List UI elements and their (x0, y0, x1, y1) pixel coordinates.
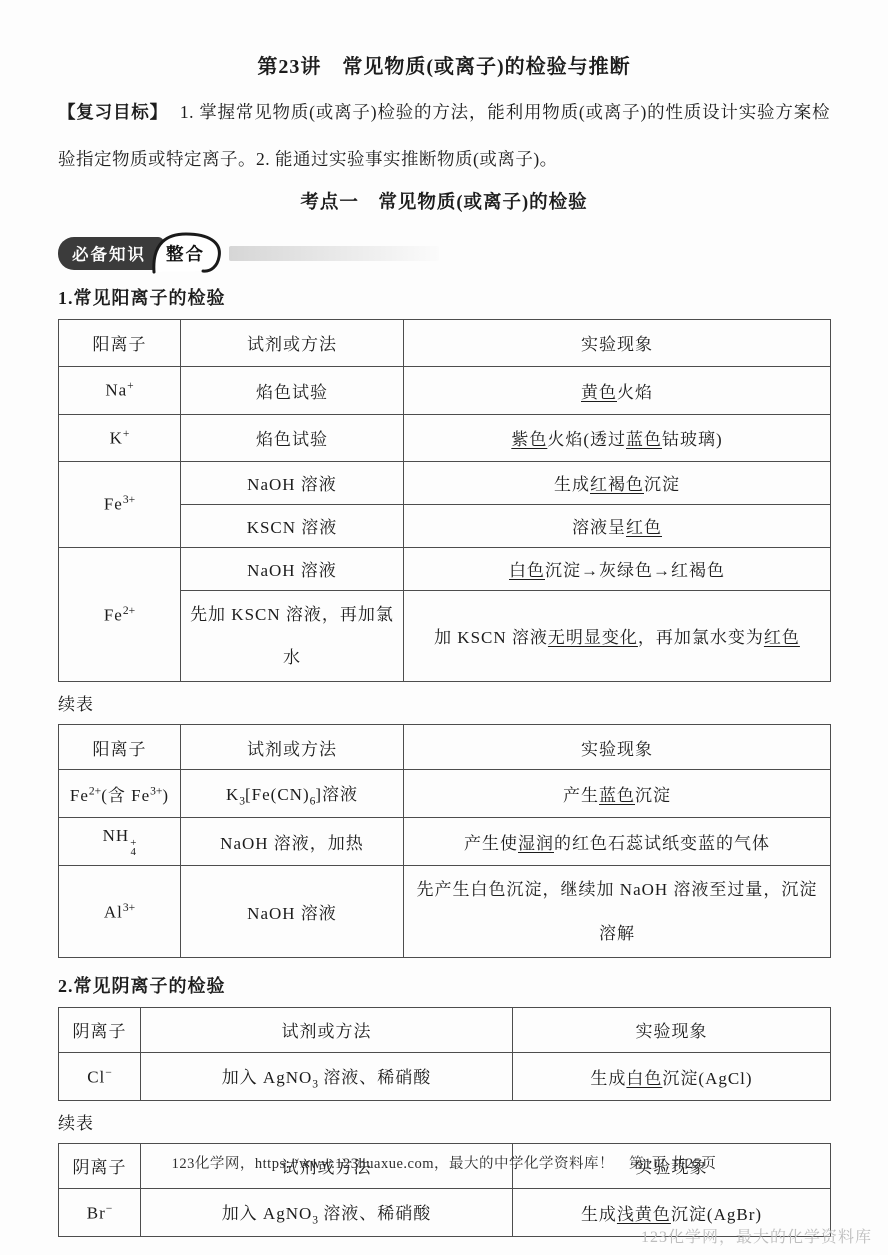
anion-table: 阴离子 试剂或方法 实验现象 Cl− 加入 AgNO3 溶液、稀硝酸 生成白色沉… (58, 1007, 831, 1101)
reagent-cell: 焰色试验 (181, 366, 404, 414)
phenomenon-cell: 产生蓝色沉淀 (404, 770, 831, 818)
table-header-row: 阳离子 试剂或方法 实验现象 (59, 319, 831, 366)
reagent-cell: NaOH 溶液 (181, 866, 404, 958)
phenomenon-cell: 紫色火焰(透过蓝色钴玻璃) (404, 414, 831, 461)
phenomenon-cell: 先产生白色沉淀，继续加 NaOH 溶液至过量，沉淀溶解 (404, 866, 831, 958)
reagent-cell: 加入 AgNO3 溶液、稀硝酸 (141, 1052, 513, 1100)
table-row: Fe2+ NaOH 溶液 白色沉淀→灰绿色→红褐色 (59, 547, 831, 590)
page-title: 第23讲 常见物质(或离子)的检验与推断 (58, 50, 830, 79)
reagent-cell: K3[Fe(CN)6]溶液 (181, 770, 404, 818)
ion-cell: K+ (59, 414, 181, 461)
section-one-heading: 考点一 常见物质(或离子)的检验 (58, 188, 830, 214)
phenomenon-cell: 白色沉淀→灰绿色→红褐色 (404, 547, 831, 590)
ion-cell: Na+ (59, 366, 181, 414)
table-row: Fe2+(含 Fe3+) K3[Fe(CN)6]溶液 产生蓝色沉淀 (59, 770, 831, 818)
ion-cell: Fe3+ (59, 461, 181, 547)
reagent-cell: NaOH 溶液 (181, 547, 404, 590)
watermark-text: 123化学网，最大的化学资料库 (641, 1224, 872, 1247)
reagent-cell: 焰色试验 (181, 414, 404, 461)
anion-section-heading: 2.常见阴离子的检验 (58, 972, 830, 998)
table-header-row: 阳离子 试剂或方法 实验现象 (59, 725, 831, 770)
review-goal-label: 【复习目标】 (58, 102, 168, 122)
ion-cell: Fe2+(含 Fe3+) (59, 770, 181, 818)
ion-cell: Fe2+ (59, 547, 181, 682)
review-goal-text: 1. 掌握常见物质(或离子)检验的方法，能利用物质(或离子)的性质设计实验方案检… (58, 102, 830, 169)
header-cell-phenomenon: 实验现象 (404, 319, 831, 366)
reagent-cell: NaOH 溶液，加热 (181, 818, 404, 866)
cation-section-heading: 1.常见阳离子的检验 (58, 284, 830, 310)
table-row: K+ 焰色试验 紫色火焰(透过蓝色钴玻璃) (59, 414, 831, 461)
document-page: 第23讲 常见物质(或离子)的检验与推断 【复习目标】1. 掌握常见物质(或离子… (0, 0, 888, 1255)
page-footer: 123化学网，https://www.123huaxue.com，最大的中学化学… (0, 1152, 888, 1173)
badge-secondary-label: 整合 (154, 237, 225, 271)
continued-table-label: 续表 (58, 690, 830, 715)
header-cell-reagent: 试剂或方法 (181, 725, 404, 770)
phenomenon-cell: 溶液呈红色 (404, 504, 831, 547)
phenomenon-cell: 产生使湿润的红色石蕊试纸变蓝的气体 (404, 818, 831, 866)
phenomenon-cell: 生成红褐色沉淀 (404, 461, 831, 504)
header-cell-reagent: 试剂或方法 (141, 1007, 513, 1052)
header-cell-phenomenon: 实验现象 (513, 1007, 831, 1052)
table-row: Na+ 焰色试验 黄色火焰 (59, 366, 831, 414)
reagent-cell: 先加 KSCN 溶液，再加氯水 (181, 590, 404, 682)
ion-cell: Br− (59, 1188, 141, 1236)
table-row: Cl− 加入 AgNO3 溶液、稀硝酸 生成白色沉淀(AgCl) (59, 1052, 831, 1100)
reagent-cell: NaOH 溶液 (181, 461, 404, 504)
header-cell-phenomenon: 实验现象 (404, 725, 831, 770)
table-row: Fe3+ NaOH 溶液 生成红褐色沉淀 (59, 461, 831, 504)
ion-cell: Cl− (59, 1052, 141, 1100)
table-row: Al3+ NaOH 溶液 先产生白色沉淀，继续加 NaOH 溶液至过量，沉淀溶解 (59, 866, 831, 958)
knowledge-badge: 必备知识 整合 (58, 238, 888, 270)
ion-cell: NH+4 (59, 818, 181, 866)
phenomenon-cell: 加 KSCN 溶液无明显变化，再加氯水变为红色 (404, 590, 831, 682)
ion-cell: Al3+ (59, 866, 181, 958)
table-header-row: 阴离子 试剂或方法 实验现象 (59, 1007, 831, 1052)
review-goal-paragraph: 【复习目标】1. 掌握常见物质(或离子)检验的方法，能利用物质(或离子)的性质设… (58, 89, 830, 184)
phenomenon-cell: 生成白色沉淀(AgCl) (513, 1052, 831, 1100)
reagent-cell: 加入 AgNO3 溶液、稀硝酸 (141, 1188, 513, 1236)
cation-table: 阳离子 试剂或方法 实验现象 Na+ 焰色试验 黄色火焰 K+ 焰色试验 紫色火… (58, 319, 831, 683)
header-cell-ion: 阴离子 (59, 1007, 141, 1052)
header-cell-ion: 阳离子 (59, 725, 181, 770)
phenomenon-cell: 黄色火焰 (404, 366, 831, 414)
continued-table-label: 续表 (58, 1109, 830, 1134)
reagent-cell: KSCN 溶液 (181, 504, 404, 547)
table-row: NH+4 NaOH 溶液，加热 产生使湿润的红色石蕊试纸变蓝的气体 (59, 818, 831, 866)
cation-table-continued: 阳离子 试剂或方法 实验现象 Fe2+(含 Fe3+) K3[Fe(CN)6]溶… (58, 724, 831, 958)
badge-streak-decoration (229, 246, 439, 261)
header-cell-reagent: 试剂或方法 (181, 319, 404, 366)
header-cell-ion: 阳离子 (59, 319, 181, 366)
